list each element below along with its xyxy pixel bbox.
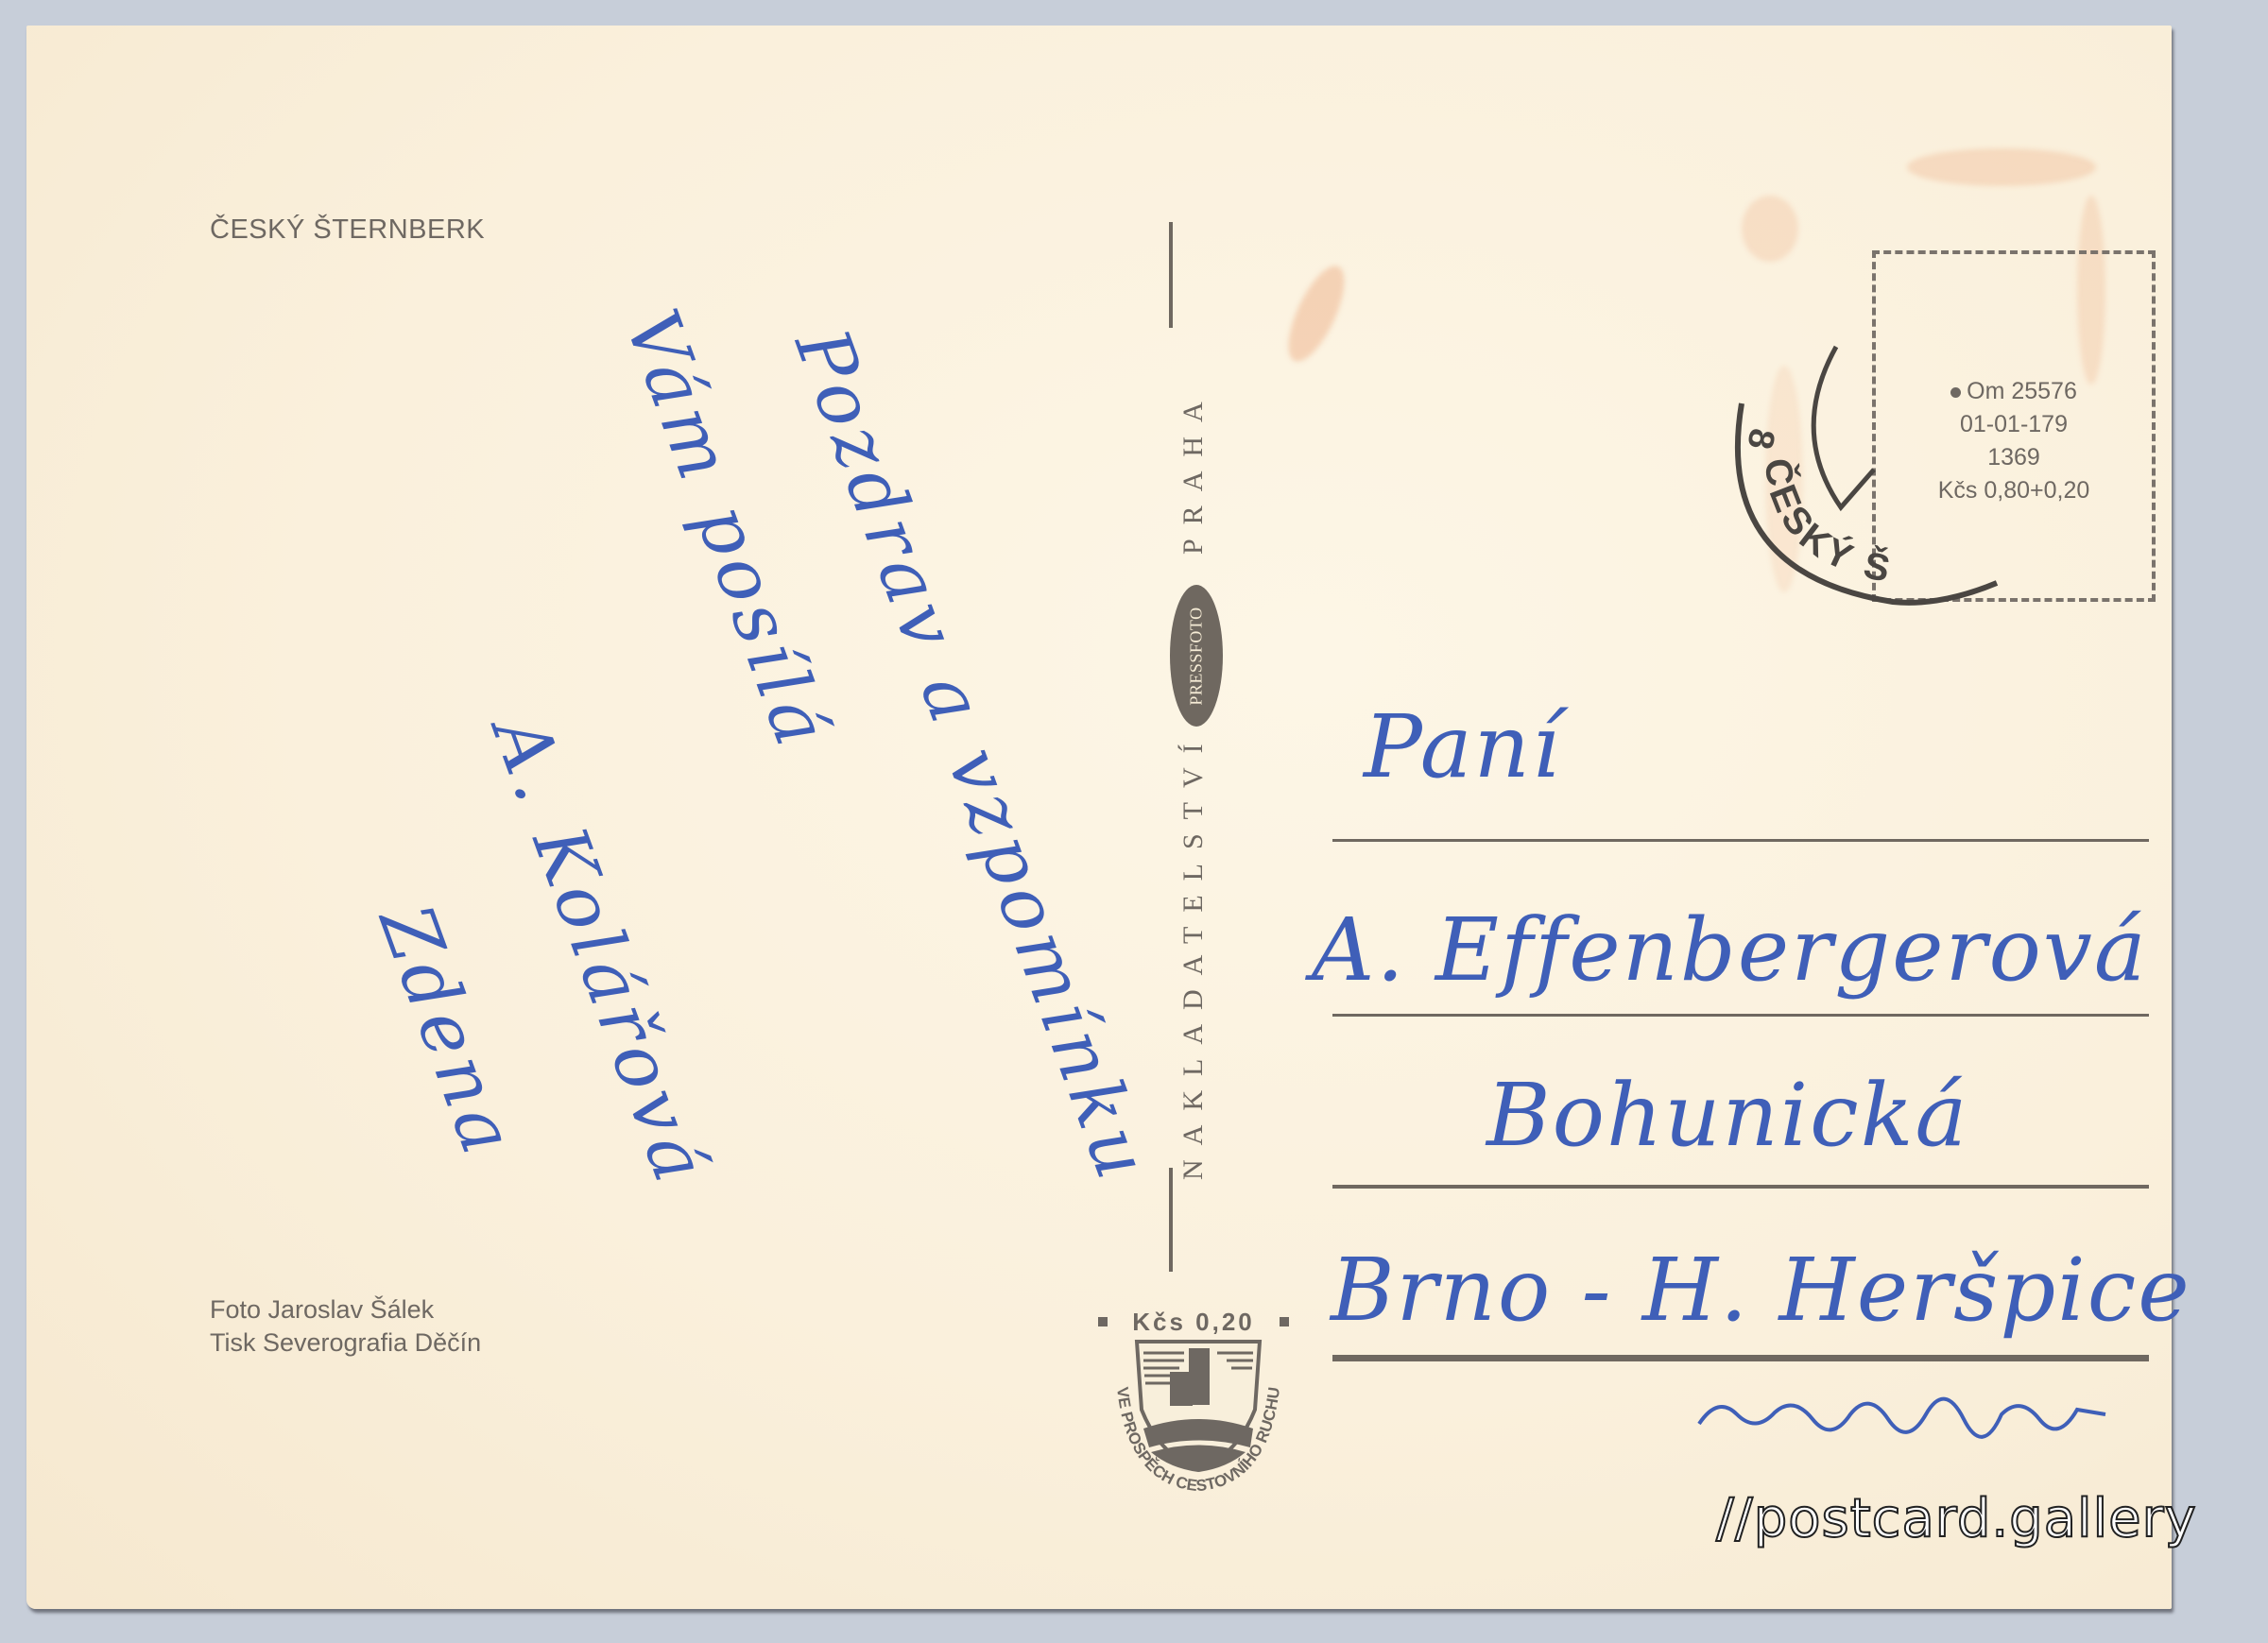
rust-stain (1278, 259, 1356, 369)
site-watermark: //postcard.gallery (1716, 1488, 2197, 1549)
address-street: Bohunická (1486, 1065, 1968, 1166)
address-line-4 (1332, 1355, 2149, 1361)
publisher-label: NAKLADATELSTVÍ (1177, 729, 1210, 1180)
address-line-2 (1332, 1014, 2149, 1017)
pressfoto-logo: PRESSFOTO (1170, 585, 1223, 727)
svg-text:8: 8 (1739, 425, 1781, 452)
postmark: 8 ČESKÝ Š (1675, 262, 2091, 659)
photo-print-credits: Foto Jaroslav Šálek Tisk Severografia Dě… (210, 1293, 481, 1360)
divider-line-top (1169, 222, 1173, 328)
address-salutation: Paní (1364, 696, 1561, 797)
divider-line-bottom (1169, 1168, 1173, 1272)
postal-code-scribble (1690, 1377, 2115, 1443)
rust-stain (1742, 196, 1798, 262)
svg-text:ČESKÝ Š: ČESKÝ Š (1756, 455, 1898, 591)
address-line-3 (1332, 1185, 2149, 1189)
tax-stamp: Kčs 0,20 VE PROSPĚCH CESTOVNÍHO RUCHU (1094, 1306, 1302, 1495)
publisher-city: PRAHA (1177, 387, 1210, 555)
address-city: Brno - H. Heršpice (1331, 1240, 2191, 1341)
message-signature: Zdena (362, 895, 531, 1170)
rust-stain (1907, 148, 2096, 186)
address-line-1 (1332, 839, 2149, 842)
photo-credit: Foto Jaroslav Šálek (210, 1293, 481, 1326)
postcard-back: ČESKÝ ŠTERNBERK Foto Jaroslav Šálek Tisk… (26, 26, 2172, 1609)
print-credit: Tisk Severografia Děčín (210, 1326, 481, 1360)
postcard-title: ČESKÝ ŠTERNBERK (210, 214, 485, 246)
address-name: A. Effenbergerová (1312, 899, 2148, 1001)
tax-stamp-value: Kčs 0,20 (1132, 1308, 1255, 1336)
message-line-1: Pozdrav a vzpomínku (778, 318, 1166, 1194)
